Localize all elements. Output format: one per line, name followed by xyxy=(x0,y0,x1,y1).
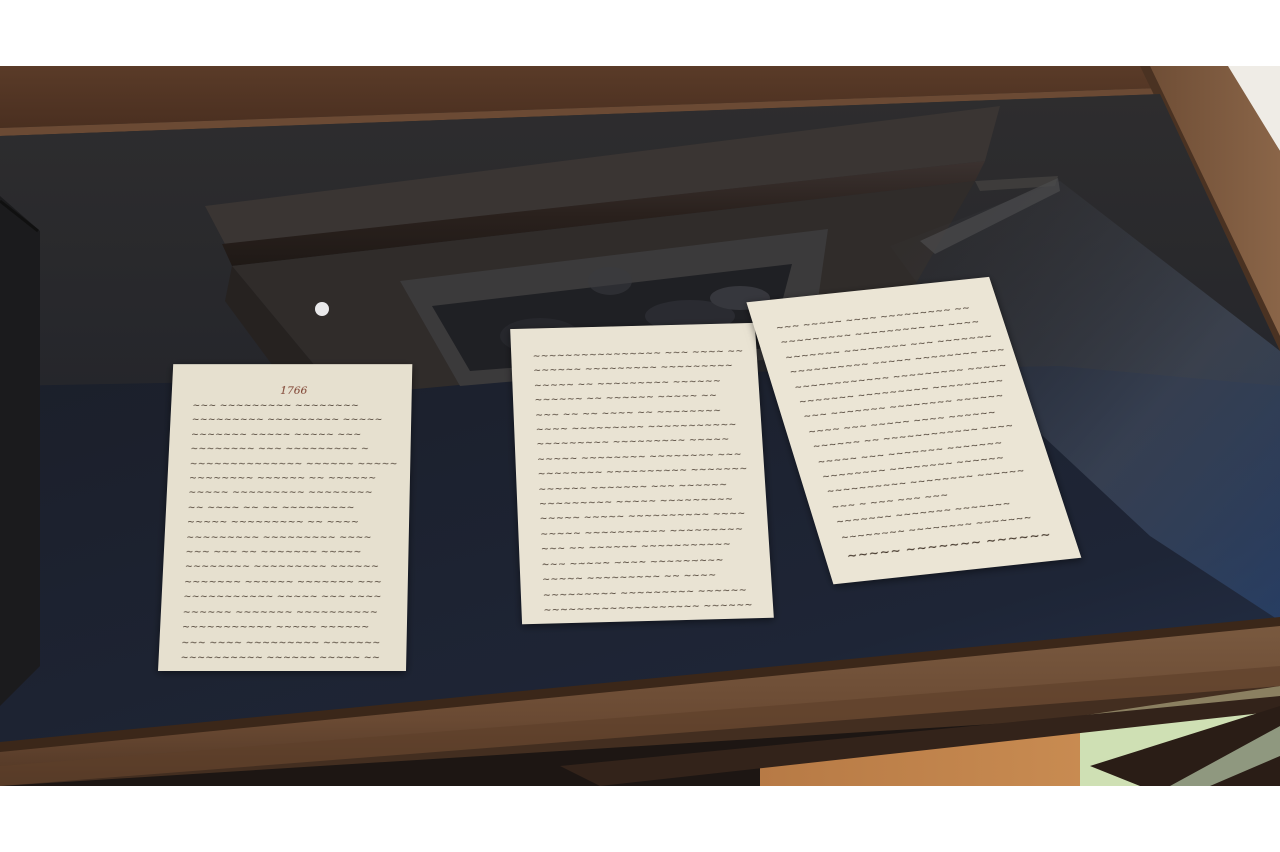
handwritten-line: ~~ ~~~~ ~~ ~~ ~~~~~~~~~ xyxy=(187,500,392,515)
handwritten-line: ~~~~~~~~~~ ~~~~~~ ~~~~~ ~~ xyxy=(180,650,388,665)
handwritten-line: ~~~ ~~~~~~~~~ ~~~~~~~~ xyxy=(192,399,394,413)
handwritten-line: ~~~~~~~~ ~~~ ~~~~~~~~~ ~ xyxy=(190,442,393,457)
handwritten-line: ~~~~~~~~~ ~~~~~~~~~ ~~~~~ xyxy=(191,413,393,427)
handwritten-line: ~~~~~~~~~~~ ~~~~~ ~~~ ~~~~ xyxy=(183,590,390,605)
handwritten-line: ~~~ ~~~~ ~~~~~~~~~ ~~~~~~~ xyxy=(181,635,389,650)
handwritten-line: ~~~~~~ ~~~~~~~ ~~~~~~~~~~ xyxy=(182,605,389,620)
manuscript-page-left: 1766 ~~~ ~~~~~~~~~ ~~~~~~~~ ~~~~~~~~~ ~~… xyxy=(158,364,412,671)
handwritten-line: ~~~~~~~~~ ~~~~~~~~~ ~~~~ xyxy=(186,530,391,545)
handwritten-line: ~~~~~ ~~~~~~~~~ ~~ ~~~~ xyxy=(187,515,392,530)
handwritten-line: ~~~~~~~~~ ~~~~~~~~~ ~~~~~ xyxy=(180,665,389,671)
handwritten-line: ~~~~~~~~~~~ ~~~~~ ~~~~~~ xyxy=(182,620,389,635)
handwritten-line: ~~~ ~~~ ~~ ~~~~~~~ ~~~~~ xyxy=(185,545,391,560)
handwritten-line: ~~~~~~~ ~~~~~ ~~~~~ ~~~ xyxy=(191,427,394,441)
handwritten-line: ~~~~~~~~ ~~~~~~~~~ ~~~~~~ xyxy=(185,560,391,575)
light-reflection xyxy=(315,302,329,316)
handwritten-line: ~~~~~ ~~~~~~~~~ ~~~~~~~~ xyxy=(188,486,392,501)
handwritten-line: ~~~~~~~~~~~~~~ ~~~~~~ ~~~~~ xyxy=(189,456,392,471)
manuscript-date: 1766 xyxy=(193,385,395,397)
handwritten-line: ~~~~~~~ ~~~~~~ ~~~~~~~ ~~~ xyxy=(184,575,390,590)
manuscript-page-center: ~~~~~~~~~~~~~~~~ ~~~ ~~~~ ~~ ~~~~~~ ~~~~… xyxy=(510,323,774,624)
museum-display-photo: 1766 ~~~ ~~~~~~~~~ ~~~~~~~~ ~~~~~~~~~ ~~… xyxy=(0,66,1280,786)
handwritten-line: ~~~~~~~~ ~~~~~~ ~~ ~~~~~~ xyxy=(189,471,393,486)
